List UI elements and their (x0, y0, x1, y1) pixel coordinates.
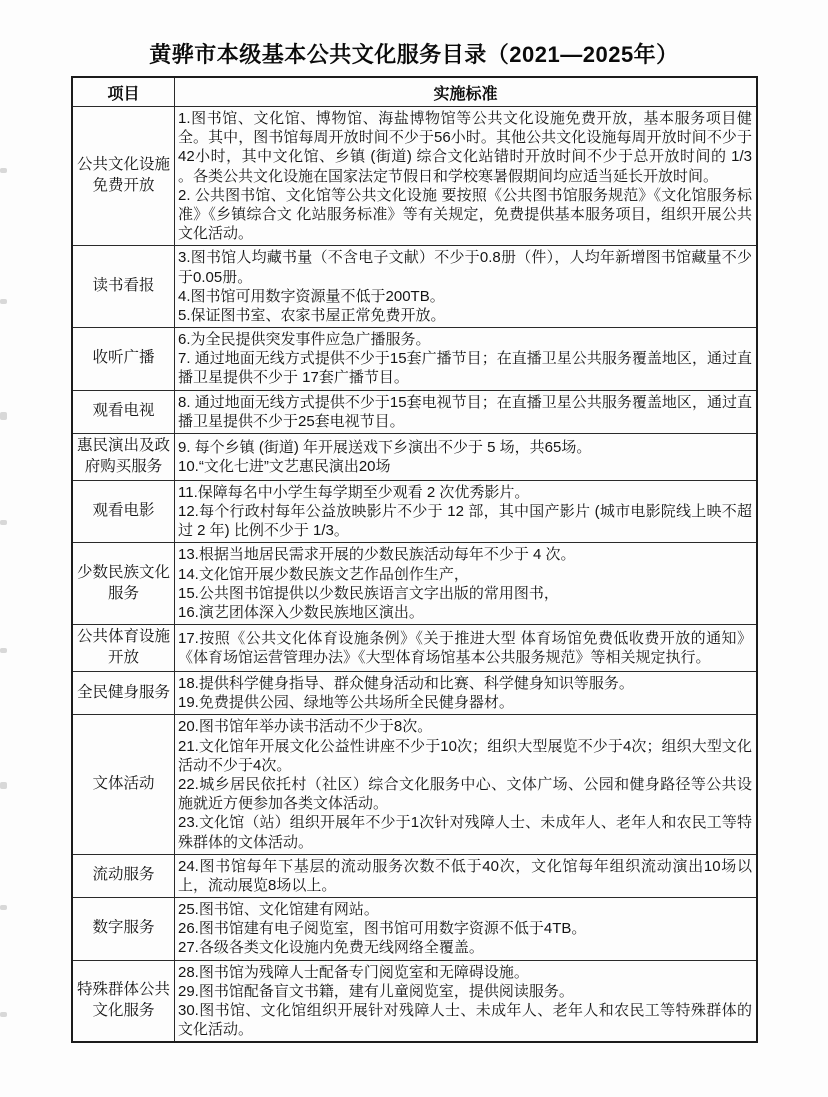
catalog-table-body: 公共文化设施免费开放 1.图书馆、文化馆、博物馆、海盐博物馆等公共文化设施免费开… (72, 107, 757, 1043)
project-cell: 收听广播 (72, 328, 175, 391)
standard-item: 16.演艺团体深入少数民族地区演出。 (178, 603, 752, 622)
project-cell: 公共文化设施免费开放 (72, 107, 175, 246)
standards-cell: 8. 通过地面无线方式提供不少于15套电视节目；在直播卫星公共服务覆盖地区，通过… (175, 390, 758, 433)
header-cell-project: 项目 (72, 77, 175, 107)
document-page: 黄骅市本级基本公共文化服务目录（2021—2025年） 项目 实施标准 公共文化… (0, 0, 828, 1097)
standard-item: 28.图书馆为残障人士配备专门阅览室和无障碍设施。 (178, 963, 752, 982)
project-cell: 少数民族文化服务 (72, 543, 175, 625)
header-row: 项目 实施标准 (72, 77, 757, 107)
standard-item: 14.文化馆开展少数民族文艺作品创作生产， (178, 565, 752, 584)
scan-artifact (0, 1012, 7, 1017)
standard-item: 21.文化馆年开展文化公益性讲座不少于10次；组织大型展览不少于4次；组织大型文… (178, 737, 752, 775)
standards-cell: 1.图书馆、文化馆、博物馆、海盐博物馆等公共文化设施免费开放，基本服务项目健全。… (175, 107, 758, 246)
table-row: 全民健身服务 18.提供科学健身指导、群众健身活动和比赛、科学健身知识等服务。1… (72, 672, 757, 715)
scan-artifact (0, 905, 7, 910)
standard-item: 4.图书馆可用数字资源量不低于200TB。 (178, 287, 752, 306)
standard-item: 26.图书馆建有电子阅览室，图书馆可用数字资源不低于4TB。 (178, 919, 752, 938)
table-row: 观看电视 8. 通过地面无线方式提供不少于15套电视节目；在直播卫星公共服务覆盖… (72, 390, 757, 433)
standard-item: 15.公共图书馆提供以少数民族语言文字出版的常用图书， (178, 584, 752, 603)
standard-item: 8. 通过地面无线方式提供不少于15套电视节目；在直播卫星公共服务覆盖地区，通过… (178, 393, 752, 431)
standard-item: 27.各级各类文化设施内免费无线网络全覆盖。 (178, 938, 752, 957)
standard-item: 12.每个行政村每年公益放映影片不少于 12 部，其中国产影片 (城市电影院线上… (178, 502, 752, 540)
table-row: 特殊群体公共文化服务 28.图书馆为残障人士配备专门阅览室和无障碍设施。29.图… (72, 960, 757, 1042)
project-cell: 文体活动 (72, 715, 175, 854)
table-row: 公共文化设施免费开放 1.图书馆、文化馆、博物馆、海盐博物馆等公共文化设施免费开… (72, 107, 757, 246)
page-title: 黄骅市本级基本公共文化服务目录（2021—2025年） (0, 0, 828, 76)
table-row: 少数民族文化服务 13.根据当地居民需求开展的少数民族活动每年不少于 4 次。1… (72, 543, 757, 625)
standards-cell: 25.图书馆、文化馆建有网站。26.图书馆建有电子阅览室，图书馆可用数字资源不低… (175, 898, 758, 961)
table-row: 观看电影 11.保障每名中小学生每学期至少观看 2 次优秀影片。12.每个行政村… (72, 480, 757, 543)
standards-cell: 17.按照《公共文化体育设施条例》《关于推进大型 体育场馆免费低收费开放的通知》… (175, 625, 758, 672)
table-row: 读书看报 3.图书馆人均藏书量（不含电子文献）不少于0.8册（件），人均年新增图… (72, 246, 757, 328)
table-row: 收听广播 6.为全民提供突发事件应急广播服务。7. 通过地面无线方式提供不少于1… (72, 328, 757, 391)
standard-item: 25.图书馆、文化馆建有网站。 (178, 900, 752, 919)
standards-cell: 6.为全民提供突发事件应急广播服务。7. 通过地面无线方式提供不少于15套广播节… (175, 328, 758, 391)
catalog-table-header: 项目 实施标准 (72, 77, 757, 107)
scan-artifact (0, 299, 7, 304)
scan-artifact (0, 168, 7, 173)
table-row: 公共体育设施开放 17.按照《公共文化体育设施条例》《关于推进大型 体育场馆免费… (72, 625, 757, 672)
standards-cell: 28.图书馆为残障人士配备专门阅览室和无障碍设施。29.图书馆配备盲文书籍，建有… (175, 960, 758, 1042)
project-cell: 观看电影 (72, 480, 175, 543)
standards-cell: 9. 每个乡镇 (街道) 年开展送戏下乡演出不少于 5 场，共65场。10.“文… (175, 434, 758, 481)
standard-item: 18.提供科学健身指导、群众健身活动和比赛、科学健身知识等服务。 (178, 674, 752, 693)
standards-cell: 20.图书馆年举办读书活动不少于8次。21.文化馆年开展文化公益性讲座不少于10… (175, 715, 758, 854)
table-row: 数字服务 25.图书馆、文化馆建有网站。26.图书馆建有电子阅览室，图书馆可用数… (72, 898, 757, 961)
header-cell-standards: 实施标准 (175, 77, 758, 107)
standard-item: 7. 通过地面无线方式提供不少于15套广播节目；在直播卫星公共服务覆盖地区，通过… (178, 349, 752, 387)
project-cell: 全民健身服务 (72, 672, 175, 715)
standard-item: 20.图书馆年举办读书活动不少于8次。 (178, 717, 752, 736)
table-row: 惠民演出及政府购买服务 9. 每个乡镇 (街道) 年开展送戏下乡演出不少于 5 … (72, 434, 757, 481)
standards-cell: 11.保障每名中小学生每学期至少观看 2 次优秀影片。12.每个行政村每年公益放… (175, 480, 758, 543)
standard-item: 11.保障每名中小学生每学期至少观看 2 次优秀影片。 (178, 483, 752, 502)
standard-item: 2. 公共图书馆、文化馆等公共文化设施 要按照《公共图书馆服务规范》《文化馆服务… (178, 186, 752, 244)
project-cell: 观看电视 (72, 390, 175, 433)
table-row: 流动服务 24.图书馆每年下基层的流动服务次数不低于40次，文化馆每年组织流动演… (72, 854, 757, 897)
standard-item: 3.图书馆人均藏书量（不含电子文献）不少于0.8册（件），人均年新增图书馆藏量不… (178, 248, 752, 286)
project-cell: 特殊群体公共文化服务 (72, 960, 175, 1042)
standard-item: 30.图书馆、文化馆组织开展针对残障人士、未成年人、老年人和农民工等特殊群体的文… (178, 1001, 752, 1039)
scan-artifact (0, 782, 7, 789)
scan-artifact (0, 412, 7, 420)
standards-cell: 13.根据当地居民需求开展的少数民族活动每年不少于 4 次。14.文化馆开展少数… (175, 543, 758, 625)
standard-item: 10.“文化七进”文艺惠民演出20场 (178, 457, 752, 476)
standard-item: 1.图书馆、文化馆、博物馆、海盐博物馆等公共文化设施免费开放，基本服务项目健全。… (178, 109, 752, 186)
project-cell: 流动服务 (72, 854, 175, 897)
project-cell: 惠民演出及政府购买服务 (72, 434, 175, 481)
standard-item: 22.城乡居民依托村（社区）综合文化服务中心、文体广场、公园和健身路径等公共设施… (178, 775, 752, 813)
standard-item: 19.免费提供公园、绿地等公共场所全民健身器材。 (178, 693, 752, 712)
standard-item: 9. 每个乡镇 (街道) 年开展送戏下乡演出不少于 5 场，共65场。 (178, 438, 752, 457)
project-cell: 读书看报 (72, 246, 175, 328)
standard-item: 5.保证图书室、农家书屋正常免费开放。 (178, 306, 752, 325)
table-row: 文体活动 20.图书馆年举办读书活动不少于8次。21.文化馆年开展文化公益性讲座… (72, 715, 757, 854)
scan-artifact (0, 520, 7, 525)
standard-item: 6.为全民提供突发事件应急广播服务。 (178, 330, 752, 349)
project-cell: 公共体育设施开放 (72, 625, 175, 672)
standard-item: 23.文化馆（站）组织开展年不少于1次针对残障人士、未成年人、老年人和农民工等特… (178, 813, 752, 851)
standard-item: 24.图书馆每年下基层的流动服务次数不低于40次，文化馆每年组织流动演出10场以… (178, 857, 752, 895)
standard-item: 17.按照《公共文化体育设施条例》《关于推进大型 体育场馆免费低收费开放的通知》… (178, 629, 752, 667)
project-cell: 数字服务 (72, 898, 175, 961)
standards-cell: 3.图书馆人均藏书量（不含电子文献）不少于0.8册（件），人均年新增图书馆藏量不… (175, 246, 758, 328)
catalog-table: 项目 实施标准 公共文化设施免费开放 1.图书馆、文化馆、博物馆、海盐博物馆等公… (71, 76, 758, 1043)
standard-item: 13.根据当地居民需求开展的少数民族活动每年不少于 4 次。 (178, 545, 752, 564)
standard-item: 29.图书馆配备盲文书籍，建有儿童阅览室，提供阅读服务。 (178, 982, 752, 1001)
standards-cell: 18.提供科学健身指导、群众健身活动和比赛、科学健身知识等服务。19.免费提供公… (175, 672, 758, 715)
scan-artifact (0, 648, 7, 653)
standards-cell: 24.图书馆每年下基层的流动服务次数不低于40次，文化馆每年组织流动演出10场以… (175, 854, 758, 897)
